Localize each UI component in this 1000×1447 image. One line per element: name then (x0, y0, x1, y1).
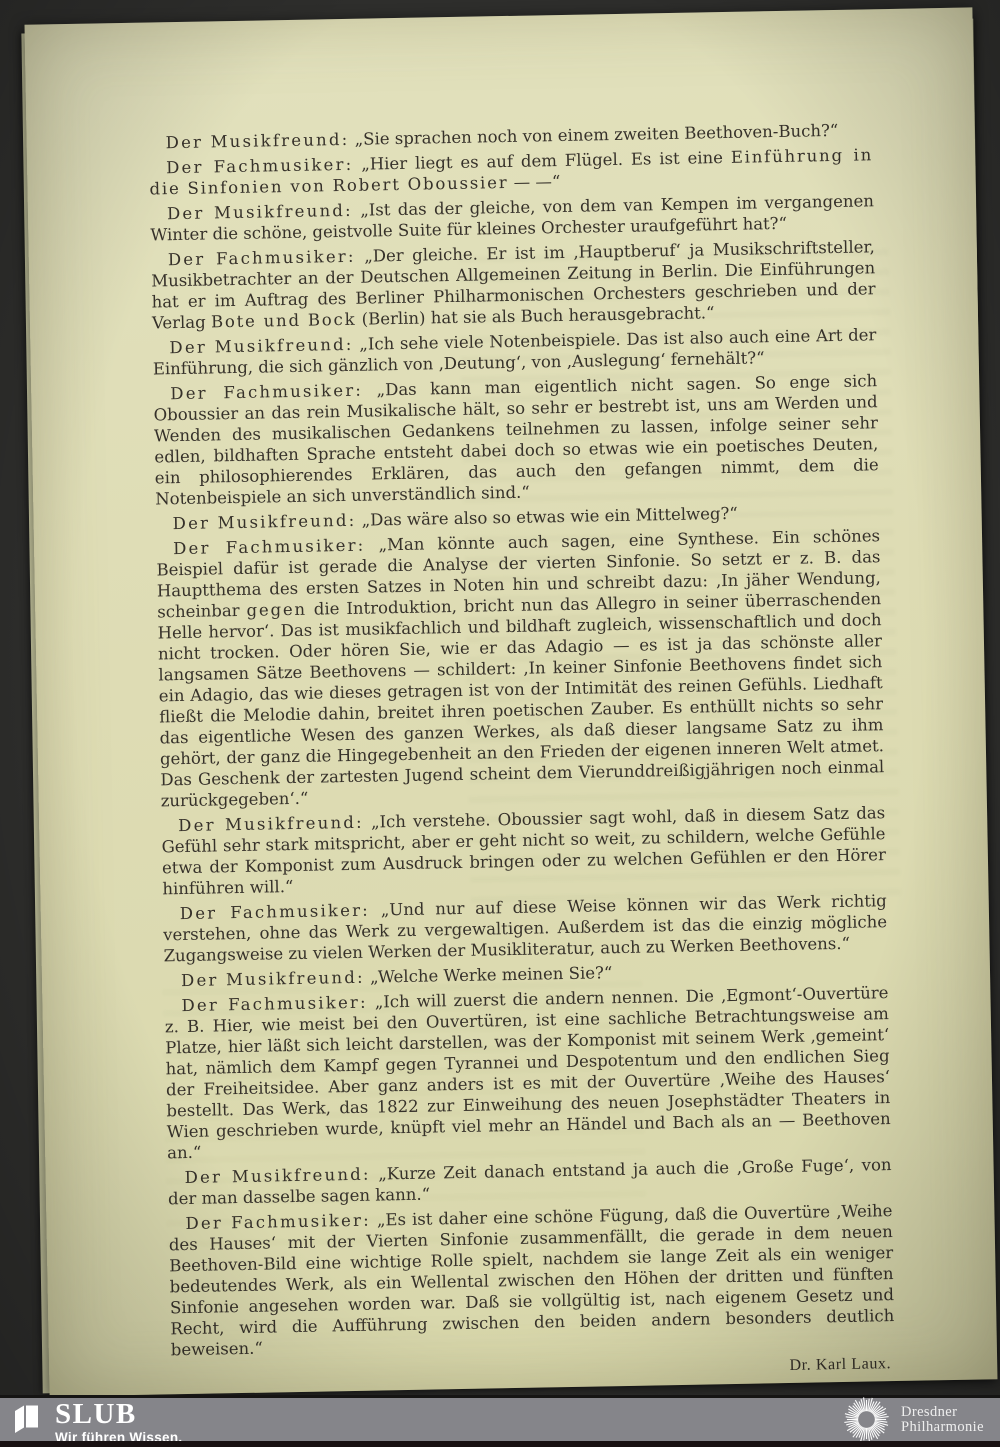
paragraph: Der Fachmusiker: „Man könnte auch sagen,… (156, 525, 885, 811)
speaker-name: Der Musikfreund: (167, 201, 353, 223)
speaker-name: Der Fachmusiker: (168, 247, 356, 269)
viewer-footer: SLUB Wir führen Wissen. Dresdner Philhar… (0, 1395, 1000, 1447)
paragraph: Der Musikfreund: „Ist das der gleiche, v… (150, 190, 875, 245)
document-text: Der Musikfreund: „Sie sprachen noch von … (149, 119, 896, 1387)
philharmonie-name-line2: Philharmonie (901, 1420, 984, 1435)
paragraph: Der Fachmusiker: „Das kann man eigentlic… (153, 370, 879, 509)
footer-bar: SLUB Wir führen Wissen. Dresdner Philhar… (0, 1398, 1000, 1441)
scan-viewer: Der Musikfreund: „Sie sprachen noch von … (0, 0, 1000, 1447)
scanned-page[interactable]: Der Musikfreund: „Sie sprachen noch von … (25, 7, 998, 1396)
paragraph: Der Musikfreund: „Kurze Zeit danach ents… (167, 1154, 892, 1209)
paragraph: Der Fachmusiker: „Es ist daher eine schö… (168, 1200, 895, 1360)
speaker-name: Der Musikfreund: (173, 511, 357, 533)
letterspaced-text: Bote und Bock (211, 310, 357, 332)
speaker-name: Der Musikfreund: (178, 813, 364, 835)
philharmonie-sunburst-icon (843, 1396, 890, 1443)
speaker-name: Der Musikfreund: (169, 335, 354, 357)
letterspaced-text: gegen (246, 600, 307, 620)
paragraph: Der Fachmusiker: „Und nur auf diese Weis… (163, 890, 888, 966)
speaker-name: Der Musikfreund: (184, 1165, 370, 1187)
paragraph: Der Fachmusiker: „Hier liegt es auf dem … (149, 144, 874, 199)
slub-wordmark: SLUB (55, 1401, 182, 1427)
paragraph: Der Fachmusiker: „Ich will zuerst die an… (164, 982, 891, 1163)
philharmonie-logo-link[interactable]: Dresdner Philharmonie (843, 1396, 984, 1443)
paragraph: Der Fachmusiker: „Der gleiche. Er ist im… (151, 236, 876, 333)
speaker-name: Der Fachmusiker: (180, 901, 370, 923)
paragraph: Der Musikfreund: „Ich sehe viele Notenbe… (152, 324, 877, 379)
philharmonie-wordmark: Dresdner Philharmonie (901, 1405, 984, 1434)
paragraphs: Der Musikfreund: „Sie sprachen noch von … (149, 119, 895, 1360)
philharmonie-name-line1: Dresdner (901, 1405, 984, 1420)
speaker-name: Der Fachmusiker: (185, 1211, 371, 1233)
speaker-name: Der Musikfreund: (166, 130, 350, 152)
slub-book-icon (14, 1404, 39, 1434)
footer-bottom-strip (0, 1441, 1000, 1447)
speaker-name: Der Fachmusiker: (181, 993, 368, 1015)
slub-logo-link[interactable]: SLUB Wir führen Wissen. (14, 1401, 182, 1445)
slub-wordmark-block: SLUB Wir führen Wissen. (55, 1401, 182, 1445)
speaker-name: Der Fachmusiker: (170, 381, 363, 404)
paragraph: Der Musikfreund: „Ich verstehe. Oboussie… (161, 802, 886, 899)
speaker-name: Der Fachmusiker: (173, 536, 366, 559)
speaker-name: Der Fachmusiker: (166, 155, 354, 177)
speaker-name: Der Musikfreund: (181, 968, 365, 990)
